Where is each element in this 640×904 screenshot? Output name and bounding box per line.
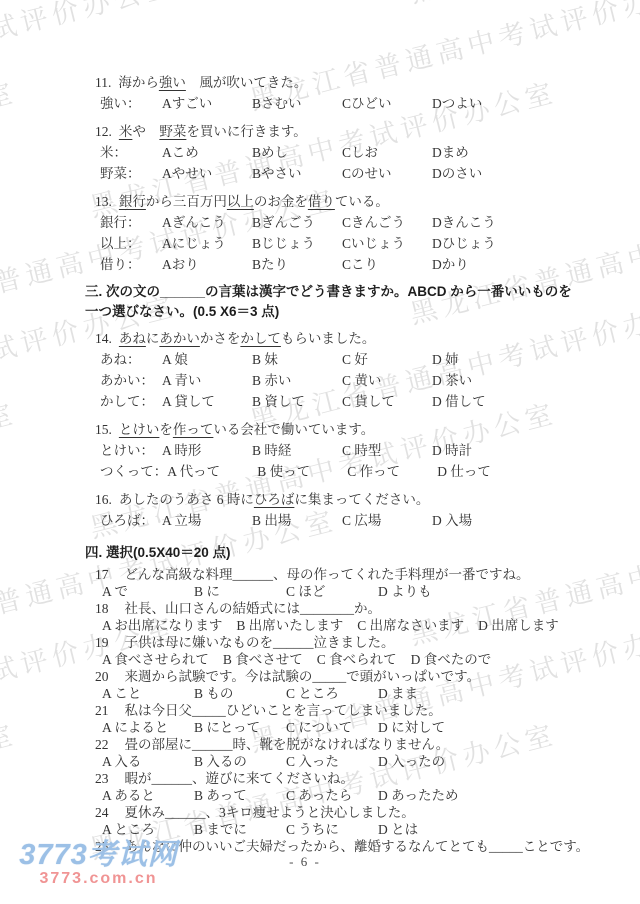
option-row: 銀行：AぎんこうBぎんごうCきんごうDきんこう — [95, 212, 573, 233]
underlined-term: ひろば — [254, 492, 295, 507]
option-item: C うちに — [286, 821, 364, 838]
option-item: Cきんごう — [342, 212, 428, 233]
question: 22畳の部屋に______時、靴を脱がなければなりません。A 入るB 入るのC … — [95, 736, 573, 770]
stem-segment: を買いに行きます。 — [186, 124, 306, 139]
stem-text: 来週から試験です。今は試験の_____で頭がいっぱいです。 — [125, 669, 481, 684]
option-item: C ところ — [286, 685, 364, 702]
option-item: A あると — [102, 787, 180, 804]
stem-segment: を — [159, 422, 173, 437]
option-row: かして：A 貸してB 資してC 貨してD 借して — [95, 391, 573, 412]
question-stem: 18社長、山口さんの結婚式には________か。 — [95, 600, 573, 617]
stem-segment: や — [132, 124, 159, 139]
option-item: C 広場 — [342, 510, 428, 531]
option-row: 野菜：AやせいBやさいCのせいDのさい — [95, 163, 573, 184]
option-item: A 青い — [162, 370, 248, 391]
option-row: A 食べさせられてB 食べさせてC 食べられてD 食べたので — [95, 651, 573, 668]
question-stem: 13.銀行から三百万円以上のお金を借りている。 — [95, 191, 573, 212]
option-row: A あるとB あってC あったらD あったため — [95, 787, 573, 804]
option-item: Dまめ — [432, 142, 518, 163]
option-item: Aやせい — [162, 163, 248, 184]
option-label: 米： — [100, 142, 162, 163]
section4-questions: 17どんな高級な料理______、母の作ってくれた手料理が一番ですね。A でB … — [95, 566, 573, 855]
option-item: D 入ったの — [378, 753, 456, 770]
logo-url-text: 3773.com.cn — [16, 870, 181, 888]
stem-text: 私は今日父_____ひどいことを言ってしまいました。 — [125, 703, 442, 718]
option-row: A 入るB 入るのC 入ったD 入ったの — [95, 753, 573, 770]
option-item: B もの — [194, 685, 272, 702]
option-label: あね： — [100, 349, 162, 370]
watermark-text: 黑龙江省普通高中考试评价办公室 — [405, 0, 640, 10]
option-item: B 出席いたします — [236, 617, 343, 634]
option-item: D 借して — [432, 391, 518, 412]
question-stem: 11.海から強い 風が吹いてきた。 — [95, 72, 573, 93]
underlined-term: 米 — [119, 124, 133, 139]
underlined-term: 銀行 — [119, 194, 146, 209]
option-row: A ことB ものC ところD まま — [95, 685, 573, 702]
question-stem: 21私は今日父_____ひどいことを言ってしまいました。 — [95, 702, 573, 719]
option-item: C ほど — [286, 583, 364, 600]
question-number: 23 — [95, 771, 109, 786]
option-item: B 妹 — [252, 349, 338, 370]
question: 14.あねにあかいかさをかしてもらいました。あね：A 娘B 妹C 好D 姉あかい… — [95, 328, 573, 412]
option-item: A 食べさせられて — [102, 651, 209, 668]
question-number: 25 — [95, 839, 109, 854]
option-item: A 貸して — [162, 391, 248, 412]
option-item: B 出場 — [252, 510, 338, 531]
option-item: B 資して — [252, 391, 338, 412]
option-item: D 入場 — [432, 510, 518, 531]
option-item: D 仕って — [437, 461, 523, 482]
question-stem: 15.とけいを作っている会社で働いています。 — [95, 419, 573, 440]
option-label: つくって： — [100, 461, 167, 482]
question: 17どんな高級な料理______、母の作ってくれた手料理が一番ですね。A でB … — [95, 566, 573, 600]
watermark-text: 黑龙江省普通高中考试评价办公室 — [0, 70, 20, 224]
question: 11.海から強い 風が吹いてきた。強い：AすごいBさむいCひどいDつよい — [95, 72, 573, 114]
stem-text: 社長、山口さんの結婚式には________か。 — [125, 601, 382, 616]
option-label: あかい： — [100, 370, 162, 391]
option-row: A ところB までにC うちにD とは — [95, 821, 573, 838]
question-number: 14. — [95, 331, 112, 346]
question-stem: 19子供は母に嫌いなものを______泣きました。 — [95, 634, 573, 651]
option-row: 強い：AすごいBさむいCひどいDつよい — [95, 93, 573, 114]
stem-segment: ている。 — [335, 194, 389, 209]
option-item: C について — [286, 719, 364, 736]
option-item: Bぎんごう — [252, 212, 338, 233]
question-number: 22 — [95, 737, 109, 752]
stem-text: 暇が______、遊びに来てくださいね。 — [125, 771, 355, 786]
stem-segment: あしたのうあさ 6 時に — [119, 492, 254, 507]
option-row: あかい：A 青いB 赤いC 黄いD 茶い — [95, 370, 573, 391]
option-label: とけい： — [100, 440, 162, 461]
option-item: Aすごい — [162, 93, 248, 114]
question-stem: 16.あしたのうあさ 6 時にひろばに集まってください。 — [95, 489, 573, 510]
option-item: C 貨して — [342, 391, 428, 412]
stem-text: 畳の部屋に______時、靴を脱がなければなりません。 — [125, 737, 450, 752]
question-stem: 20来週から試験です。今は試験の_____で頭がいっぱいです。 — [95, 668, 573, 685]
option-label: 野菜： — [100, 163, 162, 184]
option-item: B 食べさせて — [223, 651, 303, 668]
stem-text: 子供は母に嫌いなものを______泣きました。 — [125, 635, 395, 650]
option-item: Bやさい — [252, 163, 338, 184]
option-item: Cのせい — [342, 163, 428, 184]
option-item: A 立場 — [162, 510, 248, 531]
option-row: 米：AこめBめしCしおDまめ — [95, 142, 573, 163]
option-item: Bたり — [252, 254, 338, 275]
option-item: Cこり — [342, 254, 428, 275]
stem-text: あんなに仲のいいご夫婦だったから、離婚するなんてとても_____ことです。 — [125, 839, 590, 854]
option-item: C 出席なさいます — [357, 617, 464, 634]
option-item: D あったため — [378, 787, 459, 804]
stem-segment: のお金を — [254, 194, 308, 209]
question: 16.あしたのうあさ 6 時にひろばに集まってください。ひろば：A 立場B 出場… — [95, 489, 573, 531]
underlined-term: かして — [240, 331, 281, 346]
question-stem: 14.あねにあかいかさをかしてもらいました。 — [95, 328, 573, 349]
option-item: B あって — [194, 787, 272, 804]
option-row: あね：A 娘B 妹C 好D 姉 — [95, 349, 573, 370]
option-item: A で — [102, 583, 180, 600]
option-item: Dかり — [432, 254, 518, 275]
option-item: D とは — [378, 821, 456, 838]
question-number: 11. — [95, 75, 111, 90]
option-item: A こと — [102, 685, 180, 702]
option-item: Cしお — [342, 142, 428, 163]
underlined-term: 以上 — [227, 194, 254, 209]
question-number: 21 — [95, 703, 109, 718]
question: 13.銀行から三百万円以上のお金を借りている。銀行：AぎんこうBぎんごうCきんご… — [95, 191, 573, 275]
option-item: D よりも — [378, 583, 456, 600]
question-stem: 22畳の部屋に______時、靴を脱がなければなりません。 — [95, 736, 573, 753]
underlined-term: とけい — [119, 422, 160, 437]
option-item: A 代って — [167, 461, 253, 482]
option-item: Dつよい — [432, 93, 518, 114]
question-number: 24 — [95, 805, 109, 820]
option-item: Aにじょう — [162, 233, 248, 254]
question-number: 18 — [95, 601, 109, 616]
option-item: Dひじょう — [432, 233, 518, 254]
question-number: 17 — [95, 567, 109, 582]
question-stem: 23暇が______、遊びに来てくださいね。 — [95, 770, 573, 787]
option-item: B に — [194, 583, 272, 600]
section-kana-reading-questions: 11.海から強い 風が吹いてきた。強い：AすごいBさむいCひどいDつよい12.米… — [95, 72, 573, 275]
option-item: D に対して — [378, 719, 456, 736]
option-item: Aこめ — [162, 142, 248, 163]
option-item: Cひどい — [342, 93, 428, 114]
question: 20来週から試験です。今は試験の_____で頭がいっぱいです。A ことB ものC… — [95, 668, 573, 702]
underlined-term: あね — [119, 331, 146, 346]
question-stem: 25あんなに仲のいいご夫婦だったから、離婚するなんてとても_____ことです。 — [95, 838, 573, 855]
option-item: Aぎんこう — [162, 212, 248, 233]
option-item: D 出席します — [478, 617, 559, 634]
option-item: B 時経 — [252, 440, 338, 461]
watermark-text: 黑龙江省普通高中考试评价办公室 — [0, 0, 340, 10]
option-row: 以上：AにじょうBじじょうCいじょうDひじょう — [95, 233, 573, 254]
question-number: 19 — [95, 635, 109, 650]
underlined-term: 野菜 — [159, 124, 186, 139]
stem-segment: に — [146, 331, 160, 346]
option-item: Aおり — [162, 254, 248, 275]
question: 21私は今日父_____ひどいことを言ってしまいました。A によるとB にとって… — [95, 702, 573, 736]
option-row: つくって：A 代ってB 使ってC 作ってD 仕って — [95, 461, 573, 482]
option-label: 以上： — [100, 233, 162, 254]
question: 23暇が______、遊びに来てくださいね。A あるとB あってC あったらD … — [95, 770, 573, 804]
stem-segment: いる会社で働いています。 — [213, 422, 374, 437]
option-item: D 食べたので — [411, 651, 492, 668]
option-item: B までに — [194, 821, 272, 838]
option-label: 借り： — [100, 254, 162, 275]
option-item: C 好 — [342, 349, 428, 370]
option-item: B にとって — [194, 719, 272, 736]
option-item: B 使って — [257, 461, 343, 482]
option-item: A 入る — [102, 753, 180, 770]
option-item: A 娘 — [162, 349, 248, 370]
exam-page: 黑龙江省普通高中考试评价办公室黑龙江省普通高中考试评价办公室黑龙江省普通高中考试… — [0, 0, 640, 904]
option-item: Dきんこう — [432, 212, 518, 233]
option-row: 借り：AおりBたりCこりDかり — [95, 254, 573, 275]
option-item: Cいじょう — [342, 233, 428, 254]
section3-heading: 三. 次の文の______の言葉は漢字でどう書きますか。ABCD から一番いいも… — [85, 282, 573, 322]
option-row: A によるとB にとってC についてD に対して — [95, 719, 573, 736]
option-item: A お出席になります — [102, 617, 222, 634]
stem-segment: 海から — [118, 75, 159, 90]
question-stem: 12.米や 野菜を買いに行きます。 — [95, 121, 573, 142]
watermark-text: 黑龙江省普通高中考试评价办公室 — [0, 712, 20, 866]
stem-segment: に集まってください。 — [294, 492, 429, 507]
underlined-term: あかい — [159, 331, 200, 346]
question: 12.米や 野菜を買いに行きます。米：AこめBめしCしおDまめ野菜：AやせいBや… — [95, 121, 573, 184]
stem-text: 夏休み______、3キロ痩せようと決心しました。 — [125, 805, 415, 820]
option-item: Bじじょう — [252, 233, 338, 254]
underlined-term: 借り — [308, 194, 335, 209]
question-number: 13. — [95, 194, 112, 209]
option-label: 銀行： — [100, 212, 162, 233]
stem-segment: 風が吹いてきた。 — [186, 75, 308, 90]
section4-heading: 四. 選択(0.5X40＝20 点) — [85, 543, 573, 563]
option-row: とけい：A 時形B 時経C 時型D 時計 — [95, 440, 573, 461]
option-label: ひろば： — [100, 510, 162, 531]
option-item: D まま — [378, 685, 456, 702]
watermark-text: 黑龙江省普通高中考试评价办公室 — [0, 391, 20, 545]
option-row: A でB にC ほどD よりも — [95, 583, 573, 600]
stem-segment: から三百万円 — [146, 194, 227, 209]
underlined-term: 強い — [159, 75, 186, 90]
question: 24夏休み______、3キロ痩せようと決心しました。A ところB までにC う… — [95, 804, 573, 838]
question: 18社長、山口さんの結婚式には________か。A お出席になりますB 出席い… — [95, 600, 573, 634]
option-item: C 食べられて — [317, 651, 397, 668]
question: 19子供は母に嫌いなものを______泣きました。A 食べさせられてB 食べさせ… — [95, 634, 573, 668]
question-stem: 24夏休み______、3キロ痩せようと決心しました。 — [95, 804, 573, 821]
option-row: A お出席になりますB 出席いたしますC 出席なさいますD 出席します — [95, 617, 573, 634]
option-item: A ところ — [102, 821, 180, 838]
option-row: ひろば：A 立場B 出場C 広場D 入場 — [95, 510, 573, 531]
option-item: Dのさい — [432, 163, 518, 184]
question-number: 12. — [95, 124, 112, 139]
question-number: 15. — [95, 422, 112, 437]
exam-content: 11.海から強い 風が吹いてきた。強い：AすごいBさむいCひどいDつよい12.米… — [95, 72, 573, 855]
option-item: B 赤い — [252, 370, 338, 391]
option-label: 強い： — [100, 93, 162, 114]
option-item: B 入るの — [194, 753, 272, 770]
section3-questions: 14.あねにあかいかさをかしてもらいました。あね：A 娘B 妹C 好D 姉あかい… — [95, 328, 573, 531]
question: 25あんなに仲のいいご夫婦だったから、離婚するなんてとても_____ことです。 — [95, 838, 573, 855]
option-item: Bめし — [252, 142, 338, 163]
option-label: かして： — [100, 391, 162, 412]
stem-segment: もらいました。 — [281, 331, 376, 346]
stem-segment: かさを — [200, 331, 241, 346]
option-item: D 時計 — [432, 440, 518, 461]
option-item: D 姉 — [432, 349, 518, 370]
underlined-term: 作って — [173, 422, 214, 437]
question-number: 20 — [95, 669, 109, 684]
question: 15.とけいを作っている会社で働いています。とけい：A 時形B 時経C 時型D … — [95, 419, 573, 482]
page-number: - 6 - — [0, 854, 610, 870]
option-item: C 黄い — [342, 370, 428, 391]
stem-text: どんな高級な料理______、母の作ってくれた手料理が一番ですね。 — [125, 567, 530, 582]
question-stem: 17どんな高級な料理______、母の作ってくれた手料理が一番ですね。 — [95, 566, 573, 583]
option-item: C 作って — [347, 461, 433, 482]
option-item: C 時型 — [342, 440, 428, 461]
option-item: D 茶い — [432, 370, 518, 391]
option-item: C あったら — [286, 787, 364, 804]
question-number: 16. — [95, 492, 112, 507]
option-item: Bさむい — [252, 93, 338, 114]
option-item: A 時形 — [162, 440, 248, 461]
option-item: A によると — [102, 719, 180, 736]
option-item: C 入った — [286, 753, 364, 770]
